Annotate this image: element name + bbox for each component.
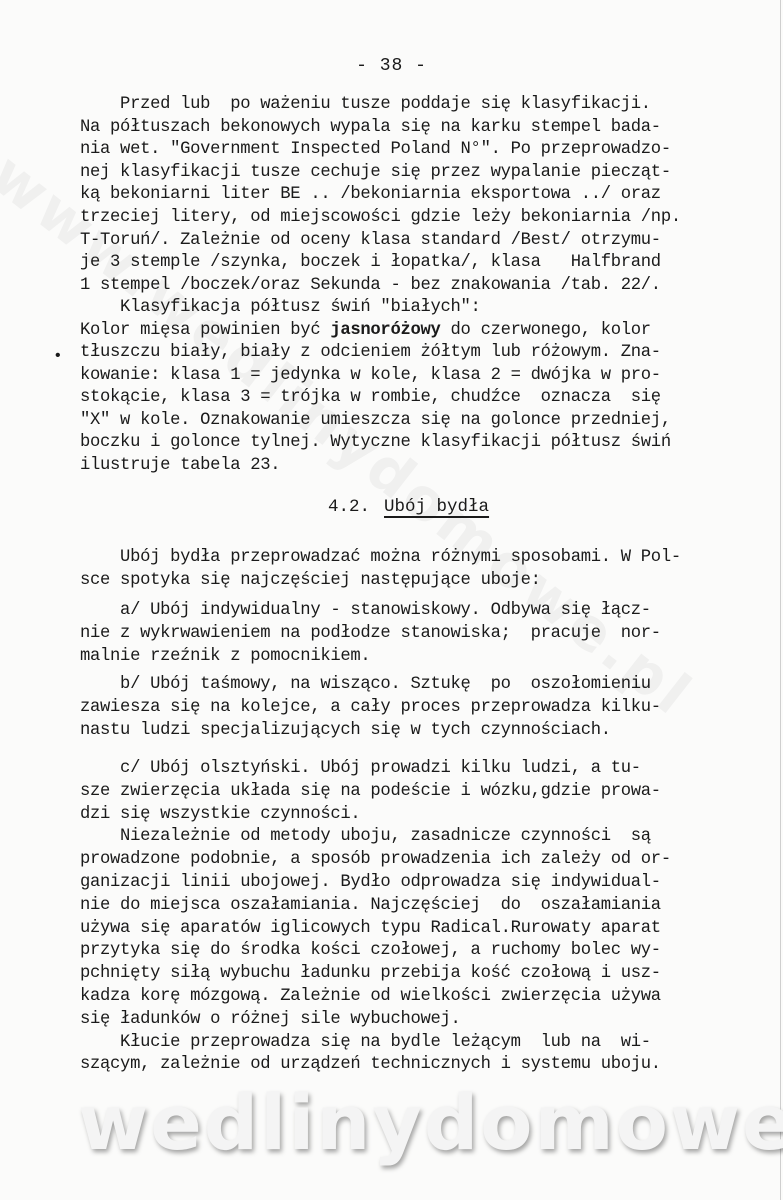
text-line: ganizacji linii ubojowej. Bydło odprowad… (80, 872, 661, 894)
text-line: ką bekoniarni liter BE .. /bekoniarnia e… (80, 184, 661, 206)
text-line: Przed lub po ważeniu tusze poddaje się k… (80, 94, 651, 116)
text-line: prowadzone podobnie, a sposób prowadzeni… (80, 849, 671, 871)
section-number: 4.2. (328, 497, 370, 517)
text-line: trzeciej litery, od miejscowości gdzie l… (80, 207, 681, 229)
text-line: nie z wykrwawieniem na podłodze stanowis… (80, 623, 661, 645)
text-line: używa się aparatów iglicowych typu Radic… (80, 918, 661, 940)
text-line: a/ Ubój indywidualny - stanowiskowy. Odb… (80, 600, 651, 622)
text-line: dzi się wszystkie czynności. (80, 804, 360, 826)
text-line: b/ Ubój taśmowy, na wisząco. Sztukę po o… (80, 674, 651, 696)
text-line: boczku i golonce tylnej. Wytyczne klasyf… (80, 432, 671, 454)
section-heading: 4.2.Ubój bydła (328, 497, 489, 517)
text-line: nia wet. "Government Inspected Poland N°… (80, 139, 671, 161)
margin-dot: • (53, 347, 63, 365)
text-line: malnie rzeźnik z pomocnikiem. (80, 646, 370, 668)
text-line: pchnięty siłą wybuchu ładunku przebija k… (80, 963, 661, 985)
text-line: nastu ludzi specjalizujących się w tych … (80, 720, 611, 742)
bold-term: jasnoróżowy (330, 321, 440, 340)
text-line: 1 stempel /boczek/oraz Sekunda - bez zna… (80, 275, 661, 297)
text-line: sze zwierzęcia układa się na podeście i … (80, 781, 661, 803)
text-line: sce spotyka się najczęściej następujące … (80, 570, 541, 592)
text-line: je 3 stemple /szynka, boczek i łopatka/,… (80, 252, 661, 274)
text-line: "X" w kole. Oznakowanie umieszcza się na… (80, 410, 671, 432)
text-line: Kłucie przeprowadza się na bydle leżącym… (80, 1032, 651, 1054)
kolor-line: Kolor mięsa powinien być jasnoróżowy do … (80, 320, 651, 342)
text-line: Niezależnie od metody uboju, zasadnicze … (80, 826, 651, 848)
text-line: się ładunków o różnej sile wybuchowej. (80, 1009, 461, 1031)
text-line: ilustruje tabela 23. (80, 455, 280, 477)
text-line: nie do miejsca oszałamiania. Najczęściej… (80, 895, 661, 917)
bottom-watermark: wedlinydomowe.pl (78, 1078, 783, 1167)
text-run: do czerwonego, kolor (441, 321, 651, 340)
text-line: c/ Ubój olsztyński. Ubój prowadzi kilku … (80, 758, 641, 780)
section-title: Ubój bydła (384, 497, 489, 517)
text-line: kadza korę mózgową. Zależnie od wielkośc… (80, 986, 661, 1008)
document-page: www.wedlinydomowe.pl - 38 - Przed lub po… (0, 0, 783, 1200)
text-line: tłuszczu biały, biały z odcieniem żółtym… (80, 342, 661, 364)
text-line: Klasyfikacja półtusz świń "białych": (80, 297, 481, 319)
text-line: przytyka się do środka kości czołowej, a… (80, 940, 661, 962)
text-line: nej klasyfikacji tusze cechuje się przez… (80, 162, 671, 184)
text-line: szącym, zależnie od urządzeń technicznyc… (80, 1054, 661, 1076)
text-line: Na półtuszach bekonowych wypala się na k… (80, 117, 661, 139)
text-line: kowanie: klasa 1 = jedynka w kole, klasa… (80, 365, 661, 387)
text-run: Kolor mięsa powinien być (80, 321, 330, 340)
page-edge (780, 0, 781, 1200)
text-line: T-Toruń/. Zależnie od oceny klasa standa… (80, 230, 661, 252)
text-line: stokącie, klasa 3 = trójka w rombie, chu… (80, 387, 661, 409)
text-line: zawiesza się na kolejce, a cały proces p… (80, 697, 661, 719)
text-line: Ubój bydła przeprowadzać można różnymi s… (80, 547, 681, 569)
page-number: - 38 - (0, 56, 783, 76)
